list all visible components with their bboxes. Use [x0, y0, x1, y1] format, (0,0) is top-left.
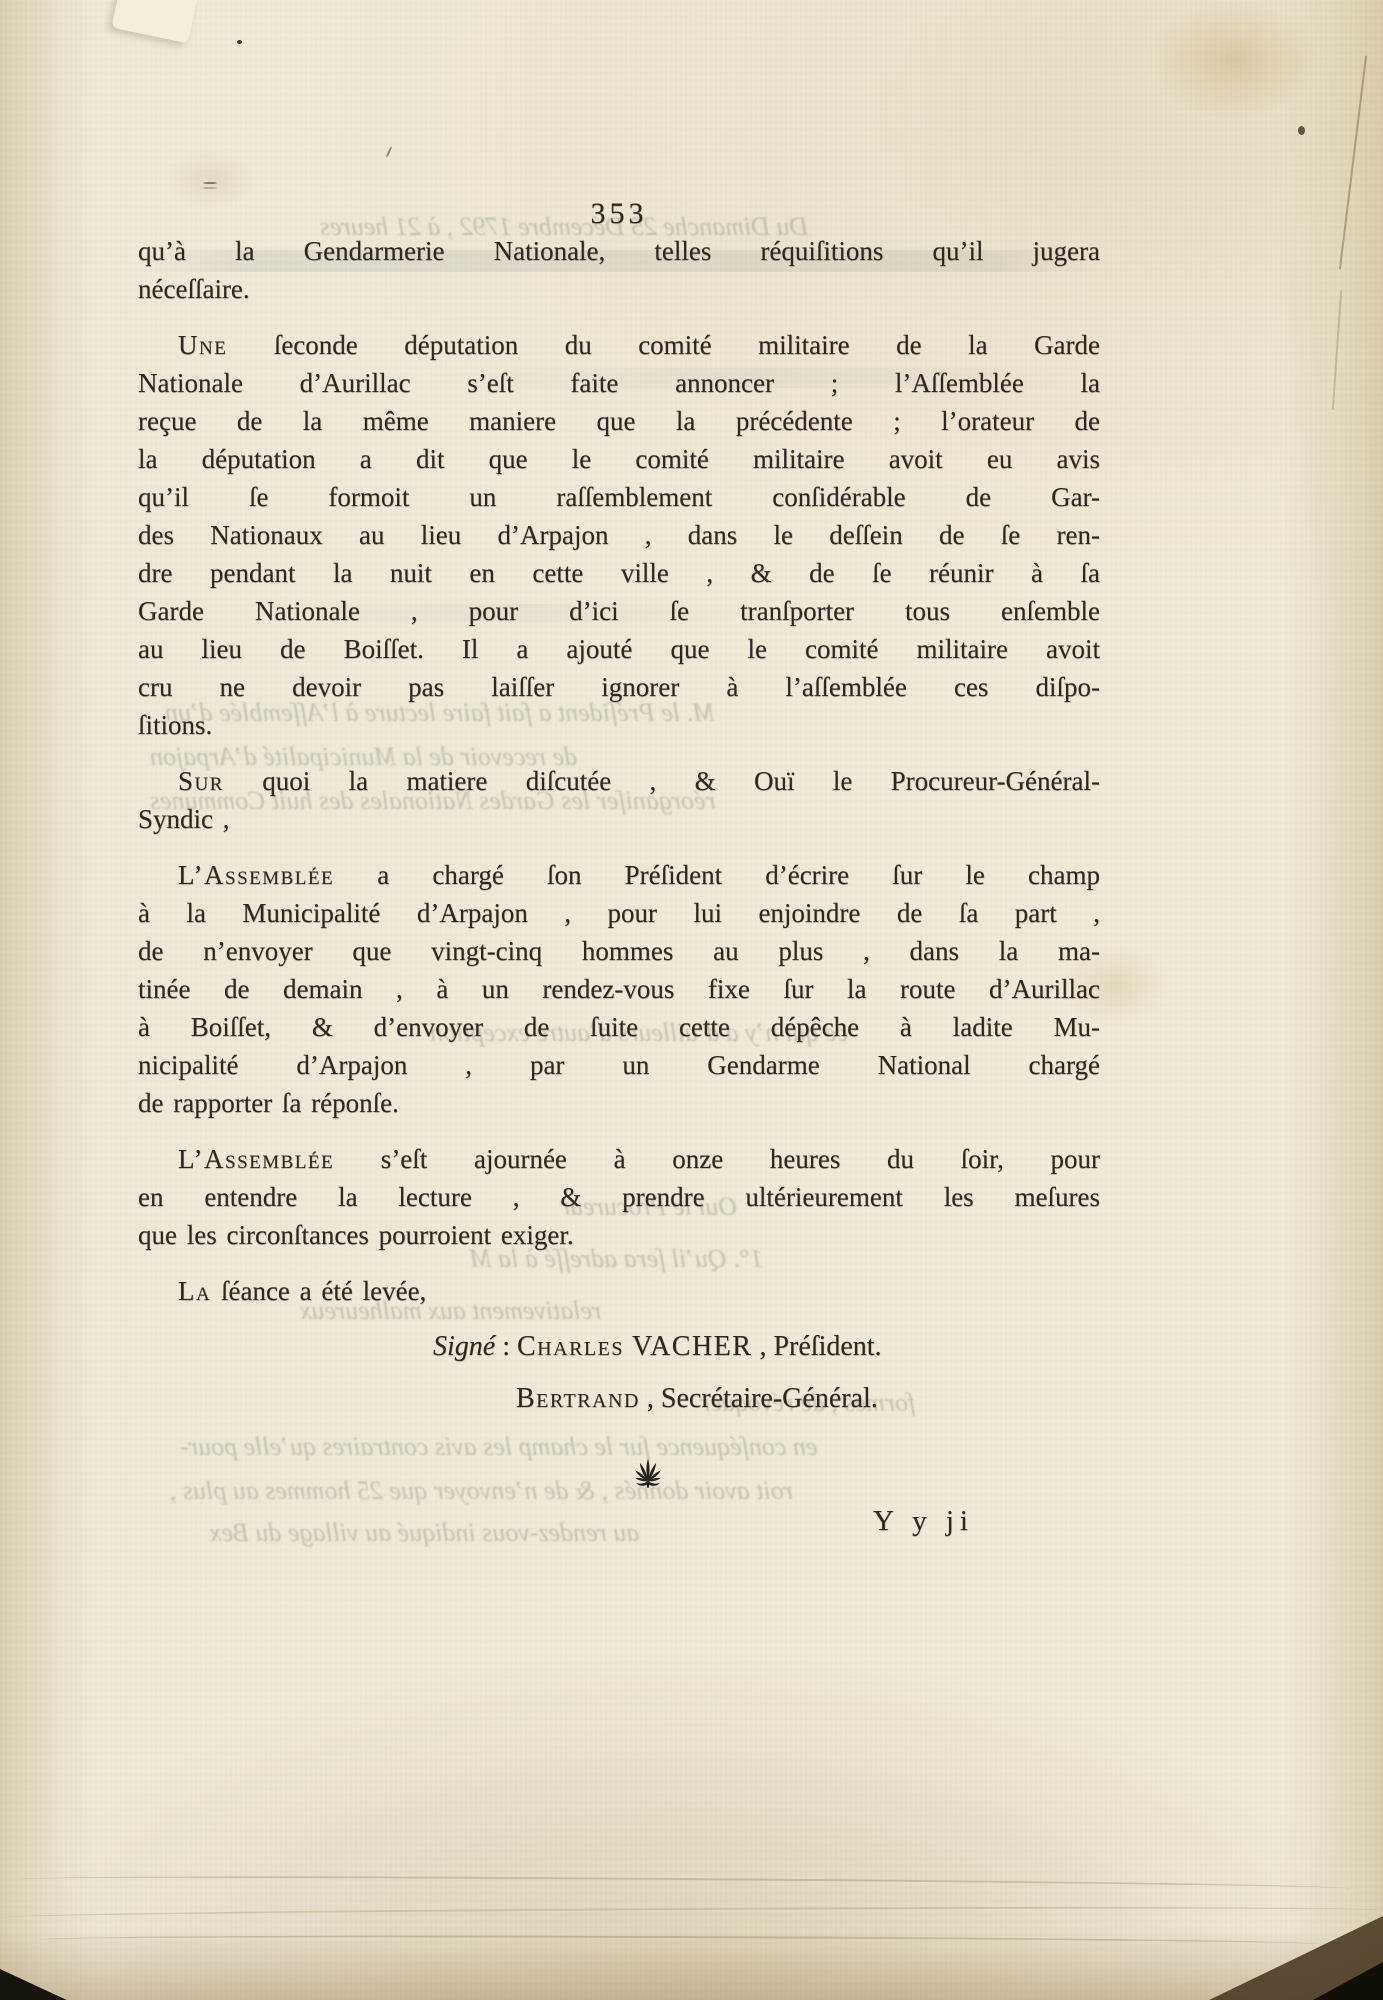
text-line: L’Assemblée s’eſt ajournée à onze heures…: [138, 1140, 1100, 1178]
text-column: 353 qu’à la Gendarmerie Nationale, telle…: [138, 196, 1100, 1540]
text-line: au lieu de Boiſſet. Il a ajouté que le c…: [138, 630, 1100, 668]
paper-stain: [1120, 0, 1350, 140]
president-title: , Préſident.: [752, 1331, 881, 1362]
signature-secretary: Bertrand , Secrétaire-Général.: [516, 1380, 1100, 1418]
text-line: Garde Nationale , pour d’ici ſe tranſpor…: [138, 592, 1100, 630]
text-line: à Boiſſet, & d’envoyer de ſuite cette dé…: [138, 1008, 1100, 1046]
text-line-rest: s’eſt ajournée à onze heures du ſoir, po…: [334, 1144, 1100, 1174]
text-line: en entendre la lecture , & prendre ultér…: [138, 1178, 1100, 1216]
small-caps-lead: L’Assemblée: [178, 860, 334, 890]
text-line: qu’il ſe formoit un raſſemblement conſid…: [138, 478, 1100, 516]
fleuron-ornament-icon: [624, 1444, 672, 1496]
text-line: Sur quoi la matiere diſcutée , & Ouï le …: [138, 762, 1100, 800]
small-caps-lead: L’Assemblée: [178, 1144, 334, 1174]
text-line: la députation a dit que le comité milita…: [138, 440, 1100, 478]
text-line: que les circonſtances pourroient exiger.: [138, 1216, 1100, 1254]
ink-speck: [1298, 126, 1305, 135]
corner-fold: [111, 0, 198, 44]
paragraph-4: L’Assemblée a chargé ſon Préſident d’écr…: [138, 856, 1100, 1122]
text-line: Une ſeconde députation du comité militai…: [138, 326, 1100, 364]
text-line: Nationale d’Aurillac s’eſt faite annonce…: [138, 364, 1100, 402]
paragraph-1: qu’à la Gendarmerie Nationale, telles ré…: [138, 232, 1100, 308]
president-name: Charles VACHER: [517, 1331, 752, 1362]
text-line: à la Municipalité d’Arpajon , pour lui e…: [138, 894, 1100, 932]
signature-mark: Y y ji: [873, 1502, 1100, 1540]
text-line: Syndic ,: [138, 800, 1100, 838]
pencil-mark: [203, 182, 217, 184]
text-line: néceſſaire.: [138, 270, 1100, 308]
paragraph-3: Sur quoi la matiere diſcutée , & Ouï le …: [138, 762, 1100, 838]
text-line: reçue de la même maniere que la précéden…: [138, 402, 1100, 440]
text-line: cru ne devoir pas laiſſer ignorer à l’aſ…: [138, 668, 1100, 706]
small-caps-lead: Une: [178, 330, 227, 360]
paper-crack: [1332, 290, 1342, 410]
text-line: La ſéance a été levée,: [138, 1272, 1100, 1310]
text-line: de n’envoyer que vingt-cinq hommes au pl…: [138, 932, 1100, 970]
secretary-title: , Secrétaire-Général.: [640, 1383, 878, 1414]
text-line-rest: ſeconde députation du comité militaire d…: [227, 330, 1100, 360]
ink-speck: [237, 40, 242, 44]
text-line-rest: a chargé ſon Préſident d’écrire ſur le c…: [334, 860, 1100, 890]
small-caps-lead: Sur: [178, 766, 224, 796]
paper-crease: [0, 1904, 1383, 1923]
page-number: 353: [138, 196, 1100, 232]
text-line: L’Assemblée a chargé ſon Préſident d’écr…: [138, 856, 1100, 894]
pencil-mark: [386, 146, 393, 158]
small-caps-lead: La: [178, 1276, 211, 1306]
secretary-name: Bertrand: [516, 1383, 640, 1414]
signature-president: Signé : Charles VACHER , Préſident.: [433, 1328, 1100, 1366]
signe-label: Signé: [433, 1331, 495, 1362]
text-line: qu’à la Gendarmerie Nationale, telles ré…: [138, 232, 1100, 270]
text-line-rest: quoi la matiere diſcutée , & Ouï le Proc…: [224, 766, 1100, 796]
paper-crease: [20, 1873, 1350, 1894]
text-line: ſitions.: [138, 706, 1100, 744]
deckle-edge-shading: [0, 1930, 1383, 2000]
text-line: des Nationaux au lieu d’Arpajon , dans l…: [138, 516, 1100, 554]
paragraph-2: Une ſeconde députation du comité militai…: [138, 326, 1100, 744]
paper-crack: [1339, 56, 1367, 270]
text-line: de rapporter ſa réponſe.: [138, 1084, 1100, 1122]
paragraph-5: L’Assemblée s’eſt ajournée à onze heures…: [138, 1140, 1100, 1254]
text-line: tinée de demain , à un rendez-vous fixe …: [138, 970, 1100, 1008]
signature-separator: :: [495, 1331, 517, 1362]
paragraph-6: La ſéance a été levée,: [138, 1272, 1100, 1310]
text-line: dre pendant la nuit en cette ville , & d…: [138, 554, 1100, 592]
scanned-book-page: { "colors": { "paper": "#efe9d9", "ink":…: [0, 0, 1383, 2000]
text-line: nicipalité d’Arpajon , par un Gendarme N…: [138, 1046, 1100, 1084]
text-line-rest: ſéance a été levée,: [211, 1276, 426, 1306]
